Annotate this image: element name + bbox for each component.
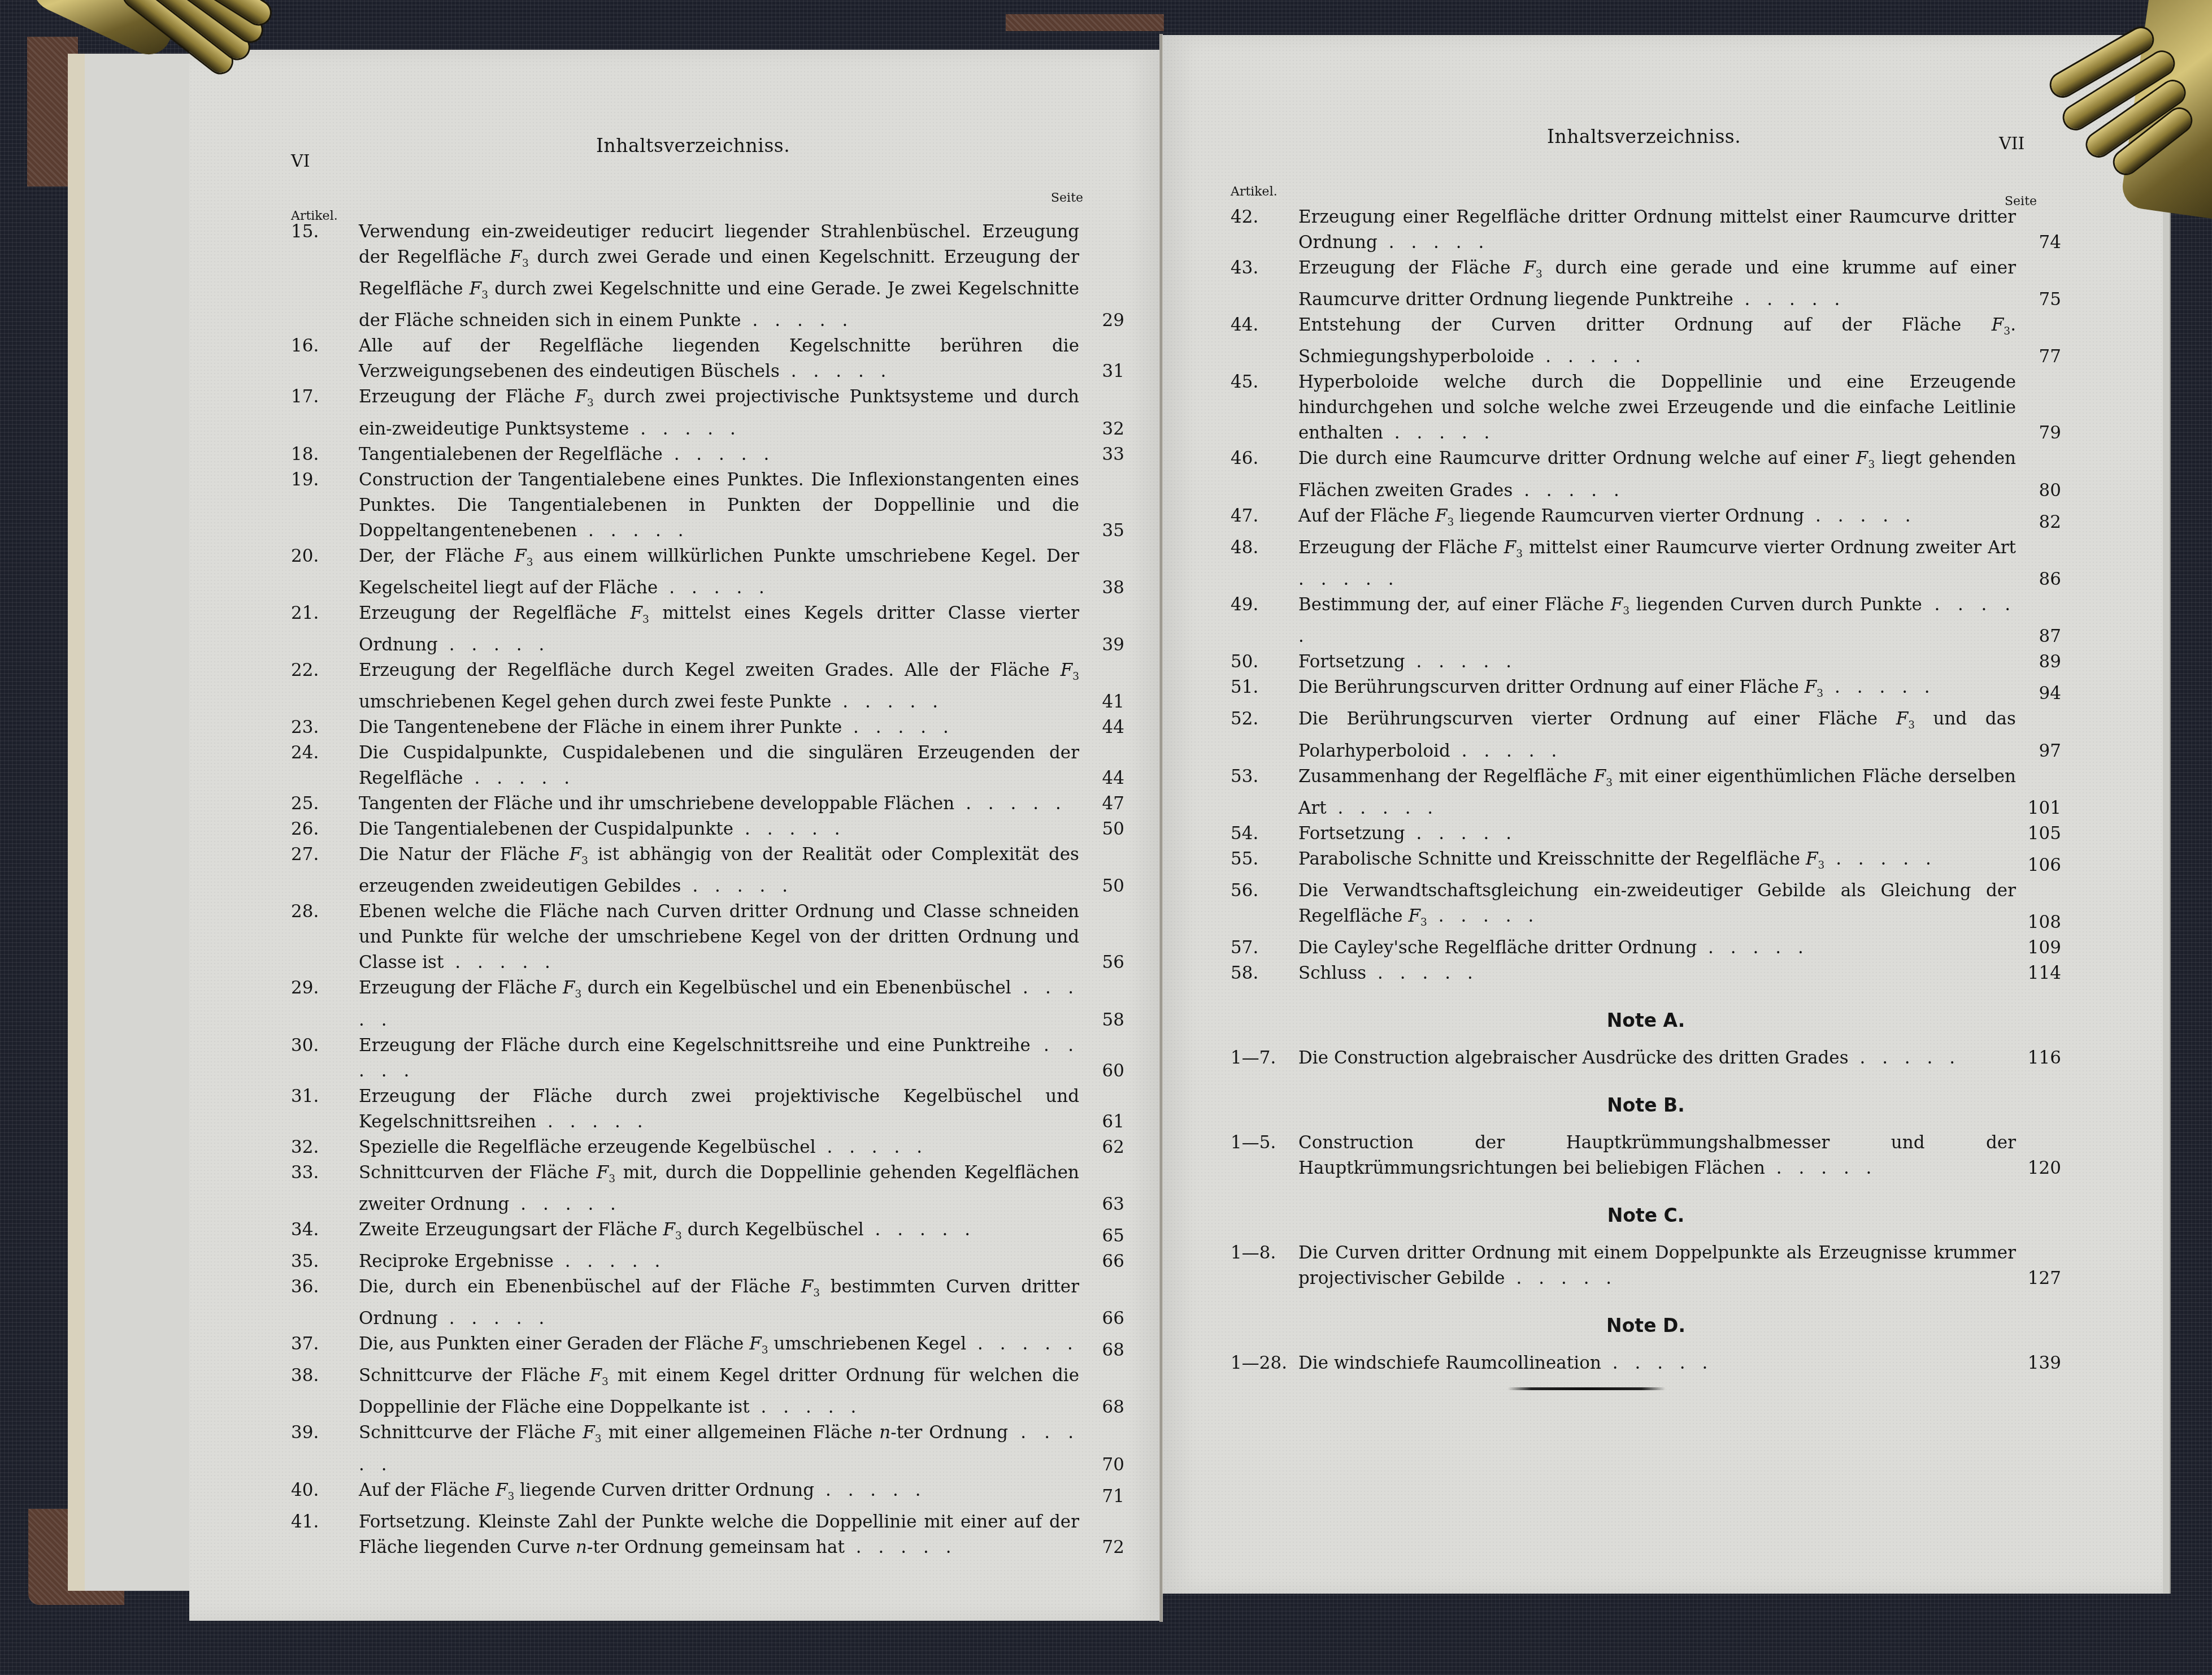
dot-leader: . . . . . (1505, 1268, 1618, 1288)
entry-title: Die windschiefe Raumcollineation . . . .… (1298, 1351, 2016, 1376)
entry-title: Alle auf der Regelfläche liegenden Kegel… (359, 333, 1079, 384)
entry-title: Fortsetzung. Kleinste Zahl der Punkte we… (359, 1509, 1079, 1560)
entry-title: Zweite Erzeugungsart der Fläche F3 durch… (359, 1217, 1079, 1249)
entry-title: Erzeugung der Regelfläche F3 mittelst ei… (359, 601, 1079, 658)
page-reference: 109 (2016, 935, 2061, 961)
article-number: 25. (291, 791, 359, 817)
toc-entry: 39.Schnittcurve der Fläche F3 mit einer … (291, 1420, 1124, 1477)
dot-leader: . . . . . (864, 1220, 976, 1240)
entry-title: Erzeugung der Fläche F3 durch zwei proje… (359, 384, 1079, 441)
article-number: 20. (291, 544, 359, 569)
entry-title: Construction der Tangentialebene eines P… (359, 467, 1079, 544)
entry-title: Entstehung der Curven dritter Ordnung au… (1298, 313, 2016, 370)
entry-title: Die Tangentialebenen der Cuspidalpunkte … (359, 817, 1079, 842)
toc-entry: 16.Alle auf der Regelfläche liegenden Ke… (291, 333, 1124, 384)
entry-title: Die Tangentenebene der Fläche in einem i… (359, 715, 1079, 740)
entry-title: Die, aus Punkten einer Geraden der Fläch… (359, 1331, 1079, 1363)
toc-entry: 28.Ebenen welche die Fläche nach Curven … (291, 899, 1124, 975)
page-reference: 71 (1079, 1484, 1124, 1509)
entry-title: Die Berührungscurven dritter Ordnung auf… (1298, 675, 2016, 706)
page-reference: 65 (1079, 1223, 1124, 1249)
toc-entry: 33.Schnittcurven der Fläche F3 mit, durc… (291, 1160, 1124, 1217)
toc-entry: 22.Erzeugung der Regelfläche durch Kegel… (291, 658, 1124, 715)
toc-entry: 30.Erzeugung der Fläche durch eine Kegel… (291, 1033, 1124, 1084)
dot-leader: . . . . . (1377, 232, 1490, 253)
article-number: 44. (1231, 313, 1298, 338)
article-number: 53. (1231, 764, 1298, 789)
page-reference: 44 (1079, 766, 1124, 791)
entry-title: Die durch eine Raumcurve dritter Ordnung… (1298, 446, 2016, 503)
article-number: 28. (291, 899, 359, 925)
page-reference: 62 (1079, 1135, 1124, 1160)
entry-title: Die Construction algebraischer Ausdrücke… (1298, 1045, 2016, 1071)
entry-title: Auf der Fläche F3 liegende Raumcurven vi… (1298, 504, 2016, 535)
page-reference: 50 (1079, 874, 1124, 899)
article-number: 29. (291, 975, 359, 1001)
toc-entry: 20.Der, der Fläche F3 aus einem willkürl… (291, 544, 1124, 601)
dot-leader: . . . . . (1804, 506, 1917, 526)
toc-entry: 50.Fortsetzung . . . . .89 (1231, 649, 2061, 675)
toc-entry: 15.Verwendung ein-zweideutiger reducirt … (291, 219, 1124, 333)
toc-entry: 35.Reciproke Ergebnisse . . . . .66 (291, 1249, 1124, 1274)
dot-leader: . . . . . (1366, 963, 1479, 983)
dot-leader: . . . . . (733, 819, 846, 839)
toc-entry: 48.Erzeugung der Fläche F3 mittelst eine… (1231, 535, 2061, 592)
article-number: 40. (291, 1478, 359, 1503)
page-reference: 105 (2016, 821, 2061, 847)
entry-title: Die Cuspidalpunkte, Cuspidalebenen und d… (359, 740, 1079, 791)
entry-title: Erzeugung der Fläche F3 durch ein Kegelb… (359, 975, 1079, 1032)
page-reference: 120 (2016, 1156, 2061, 1181)
page-reference: 77 (2016, 344, 2061, 370)
page-reference: 116 (2016, 1045, 2061, 1071)
page-reference: 106 (2016, 853, 2061, 878)
dot-leader: . . . . . (741, 310, 854, 331)
page-reference: 97 (2016, 739, 2061, 764)
dot-leader: . . . . . (1405, 652, 1518, 672)
entry-title: Bestimmung der, auf einer Fläche F3 lieg… (1298, 592, 2016, 649)
dot-leader: . . . . . (629, 419, 741, 439)
page-reference: 74 (2016, 230, 2061, 255)
page-reference: 29 (1079, 308, 1124, 333)
dot-leader: . . . . . (1601, 1353, 1714, 1373)
page-reference: 127 (2016, 1266, 2061, 1291)
toc-entry: 19.Construction der Tangentialebene eine… (291, 467, 1124, 544)
toc-entry: 54.Fortsetzung . . . . .105 (1231, 821, 2061, 847)
dot-leader: . . . . . (1697, 938, 1809, 958)
toc-entry: 26.Die Tangentialebenen der Cuspidalpunk… (291, 817, 1124, 842)
entry-title: Erzeugung der Fläche F3 durch eine gerad… (1298, 255, 2016, 313)
page-reference: 68 (1079, 1395, 1124, 1420)
page-reference: 66 (1079, 1249, 1124, 1274)
page-reference: 108 (2016, 910, 2061, 935)
toc-entry: 46.Die durch eine Raumcurve dritter Ordn… (1231, 446, 2061, 503)
page-reference: 35 (1079, 518, 1124, 544)
page-reference: 80 (2016, 478, 2061, 504)
entry-title: Erzeugung der Fläche durch zwei projekti… (359, 1084, 1079, 1135)
dot-leader: . . . . . (463, 768, 576, 788)
page-reference: 31 (1079, 359, 1124, 384)
page-reference: 89 (2016, 649, 2061, 675)
leather-spine-top (1006, 14, 1164, 31)
page-reference: 47 (1079, 791, 1124, 817)
article-number: 58. (1231, 961, 1298, 986)
page-number-right: VII (1999, 134, 2024, 154)
page-reference: 33 (1079, 442, 1124, 467)
dot-leader: . . . . . (536, 1112, 649, 1132)
entry-title: Zusammenhang der Regelfläche F3 mit eine… (1298, 764, 2016, 821)
article-number: 43. (1231, 255, 1298, 281)
toc-entry: 38.Schnittcurve der Fläche F3 mit einem … (291, 1363, 1124, 1420)
article-number: 32. (291, 1135, 359, 1160)
article-number: 36. (291, 1274, 359, 1300)
page-number-left: VI (291, 151, 310, 171)
page-reference: 38 (1079, 575, 1124, 601)
article-number: 26. (291, 817, 359, 842)
dot-leader: . . . . . (832, 692, 944, 712)
page-reference: 87 (2016, 624, 2061, 649)
page-reference: 32 (1079, 416, 1124, 442)
article-number: 55. (1231, 847, 1298, 872)
note-heading: Note A. (1231, 1008, 2061, 1033)
entry-title: Die Berührungscurven vierter Ordnung auf… (1298, 706, 2016, 763)
dot-leader: . . . . . (1765, 1158, 1878, 1178)
dot-leader: . . . . . (1427, 906, 1540, 926)
entry-title: Auf der Fläche F3 liegende Curven dritte… (359, 1478, 1079, 1509)
article-number: 34. (291, 1217, 359, 1243)
dot-leader: . . . . . (438, 1308, 550, 1329)
page-reference: 41 (1079, 689, 1124, 715)
dot-leader: . . . . . (1823, 677, 1936, 697)
toc-entry: 21.Erzeugung der Regelfläche F3 mittelst… (291, 601, 1124, 658)
article-number: 31. (291, 1084, 359, 1109)
toc-list-right: 42.Erzeugung einer Regelfläche dritter O… (1231, 205, 2061, 1376)
dot-leader: . . . . . (1733, 289, 1846, 310)
entry-title: Ebenen welche die Fläche nach Curven dri… (359, 899, 1079, 975)
article-number: 39. (291, 1420, 359, 1446)
col-label-seite-left: Seite (1051, 191, 1083, 205)
toc-entry: 40.Auf der Fläche F3 liegende Curven dri… (291, 1478, 1124, 1509)
dot-leader: . . . . . (509, 1194, 622, 1214)
entry-title: Die, durch ein Ebenenbüschel auf der Flä… (359, 1274, 1079, 1331)
toc-entry: 17.Erzeugung der Fläche F3 durch zwei pr… (291, 384, 1124, 441)
dot-leader: . . . . . (359, 1422, 1079, 1474)
toc-entry: 32.Spezielle die Regelfläche erzeugende … (291, 1135, 1124, 1160)
page-reference: 114 (2016, 961, 2061, 986)
page-reference: 56 (1079, 950, 1124, 975)
dot-leader: . . . . . (966, 1334, 1079, 1354)
article-number: 52. (1231, 706, 1298, 732)
page-reference: 66 (1079, 1306, 1124, 1331)
article-number: 33. (291, 1160, 359, 1186)
entry-title: Erzeugung der Fläche F3 mittelst einer R… (1298, 535, 2016, 592)
page-reference: 61 (1079, 1109, 1124, 1135)
entry-title: Die Curven dritter Ordnung mit einem Dop… (1298, 1240, 2016, 1291)
page-reference: 139 (2016, 1351, 2061, 1376)
article-number: 24. (291, 740, 359, 766)
toc-entry: 34.Zweite Erzeugungsart der Fläche F3 du… (291, 1217, 1124, 1249)
toc-entry: 1—28.Die windschiefe Raumcollineation . … (1231, 1351, 2061, 1376)
entry-title: Erzeugung der Fläche durch eine Kegelsch… (359, 1033, 1079, 1084)
dot-leader: . . . . . (359, 978, 1079, 1030)
article-number: 41. (291, 1509, 359, 1535)
dot-leader: . . . . . (1405, 823, 1518, 844)
article-number: 27. (291, 842, 359, 867)
toc-entry: 1—7.Die Construction algebraischer Ausdr… (1231, 1045, 2061, 1071)
article-number: 15. (291, 219, 359, 245)
article-number: 38. (291, 1363, 359, 1388)
page-reference: 58 (1079, 1008, 1124, 1033)
page-reference: 50 (1079, 817, 1124, 842)
dot-leader: . . . . . (780, 361, 892, 381)
entry-title: Hyperboloide welche durch die Doppellini… (1298, 370, 2016, 446)
article-number: 22. (291, 658, 359, 683)
page-right: Inhaltsverzeichniss. VII Artikel. Seite … (1163, 35, 2163, 1594)
page-reference: 75 (2016, 287, 2061, 313)
page-reference: 79 (2016, 420, 2061, 446)
page-reference: 39 (1079, 632, 1124, 658)
article-number: 45. (1231, 370, 1298, 395)
entry-title: Schnittcurven der Fläche F3 mit, durch d… (359, 1160, 1079, 1217)
dot-leader: . . . . . (1534, 346, 1646, 367)
dot-leader: . . . . . (1824, 849, 1937, 869)
article-number: 46. (1231, 446, 1298, 471)
entry-title: Schnittcurve der Fläche F3 mit einem Keg… (359, 1363, 1079, 1420)
dot-leader: . . . . . (438, 635, 550, 655)
page-reference: 72 (1079, 1535, 1124, 1560)
entry-title: Fortsetzung . . . . . (1298, 821, 2016, 847)
dot-leader: . . . . . (1383, 423, 1496, 443)
entry-title: Reciproke Ergebnisse . . . . . (359, 1249, 1079, 1274)
toc-entry: 31.Erzeugung der Fläche durch zwei proje… (291, 1084, 1124, 1135)
dot-leader: . . . . . (1298, 569, 1400, 589)
article-number: 16. (291, 333, 359, 359)
page-reference: 68 (1079, 1338, 1124, 1363)
dot-leader: . . . . . (444, 952, 556, 973)
article-number: 30. (291, 1033, 359, 1058)
toc-entry: 53.Zusammenhang der Regelfläche F3 mit e… (1231, 764, 2061, 821)
toc-entry: 56.Die Verwandtschaftsgleichung ein-zwei… (1231, 878, 2061, 935)
dot-leader: . . . . . (359, 1035, 1079, 1081)
article-number: 57. (1231, 935, 1298, 961)
article-number: 1—8. (1231, 1240, 1298, 1266)
toc-entry: 23.Die Tangentenebene der Fläche in eine… (291, 715, 1124, 740)
article-number: 1—28. (1231, 1351, 1298, 1376)
article-number: 56. (1231, 878, 1298, 904)
toc-entry: 51.Die Berührungscurven dritter Ordnung … (1231, 675, 2061, 706)
article-number: 48. (1231, 535, 1298, 561)
entry-title: Erzeugung einer Regelfläche dritter Ordn… (1298, 205, 2016, 255)
dot-leader: . . . . . (845, 1537, 957, 1557)
toc-entry: 52.Die Berührungscurven vierter Ordnung … (1231, 706, 2061, 763)
article-number: 47. (1231, 504, 1298, 529)
entry-title: Verwendung ein-zweideutiger reducirt lie… (359, 219, 1079, 333)
toc-entry: 27.Die Natur der Fläche F3 ist abhängig … (291, 842, 1124, 899)
entry-title: Fortsetzung . . . . . (1298, 649, 2016, 675)
page-reference: 94 (2016, 681, 2061, 706)
toc-entry: 1—5.Construction der Hauptkrümmungshalbm… (1231, 1130, 2061, 1181)
entry-title: Die Cayley'sche Regelfläche dritter Ordn… (1298, 935, 2016, 961)
page-reference: 70 (1079, 1452, 1124, 1478)
dot-leader: . . . . . (554, 1251, 666, 1272)
article-number: 54. (1231, 821, 1298, 847)
dot-leader: . . . . . (663, 444, 775, 465)
note-heading: Note D. (1231, 1313, 2061, 1338)
toc-entry: 43.Erzeugung der Fläche F3 durch eine ge… (1231, 255, 2061, 313)
toc-entry: 18.Tangentialebenen der Regelfläche . . … (291, 442, 1124, 467)
entry-title: Parabolische Schnitte und Kreisschnitte … (1298, 847, 2016, 878)
toc-list-left: 15.Verwendung ein-zweideutiger reducirt … (291, 219, 1124, 1560)
page-reference: 63 (1079, 1192, 1124, 1217)
entry-title: Die Natur der Fläche F3 ist abhängig von… (359, 842, 1079, 899)
dot-leader: . . . . . (681, 876, 794, 896)
entry-title: Construction der Hauptkrümmungshalbmesse… (1298, 1130, 2016, 1181)
toc-entry: 41.Fortsetzung. Kleinste Zahl der Punkte… (291, 1509, 1124, 1560)
end-ornament-rule (1507, 1387, 1666, 1390)
dot-leader: . . . . . (1450, 741, 1563, 761)
article-number: 49. (1231, 592, 1298, 618)
entry-title: Erzeugung der Regelfläche durch Kegel zw… (359, 658, 1079, 715)
page-reference: 60 (1079, 1058, 1124, 1084)
article-number: 23. (291, 715, 359, 740)
article-number: 37. (291, 1331, 359, 1357)
dot-leader: . . . . . (658, 578, 770, 598)
article-number: 19. (291, 467, 359, 493)
article-number: 35. (291, 1249, 359, 1274)
article-number: 17. (291, 384, 359, 410)
toc-entry: 44.Entstehung der Curven dritter Ordnung… (1231, 313, 2061, 370)
entry-title: Schnittcurve der Fläche F3 mit einer all… (359, 1420, 1079, 1477)
toc-entry: 37.Die, aus Punkten einer Geraden der Fl… (291, 1331, 1124, 1363)
toc-entry: 47.Auf der Fläche F3 liegende Raumcurven… (1231, 504, 2061, 535)
dot-leader: . . . . . (577, 520, 689, 541)
running-head-left: Inhaltsverzeichniss. (596, 134, 790, 157)
toc-entry: 57.Die Cayley'sche Regelfläche dritter O… (1231, 935, 2061, 961)
toc-entry: 29.Erzeugung der Fläche F3 durch ein Keg… (291, 975, 1124, 1032)
toc-entry: 58.Schluss . . . . .114 (1231, 961, 2061, 986)
dot-leader: . . . . . (816, 1137, 928, 1157)
dot-leader: . . . . . (1327, 798, 1439, 818)
article-number: 18. (291, 442, 359, 467)
entry-title: Tangenten der Fläche und ihr umschrieben… (359, 791, 1079, 817)
dot-leader: . . . . . (954, 793, 1067, 814)
page-reference: 86 (2016, 567, 2061, 592)
leaf-edge-left (85, 54, 190, 1591)
dot-leader: . . . . . (814, 1480, 927, 1500)
page-reference: 44 (1079, 715, 1124, 740)
toc-entry: 55.Parabolische Schnitte und Kreisschnit… (1231, 847, 2061, 878)
dot-leader: . . . . . (1298, 595, 2016, 646)
page-reference: 101 (2016, 796, 2061, 821)
page-left: VI Inhaltsverzeichniss. Seite Artikel. 1… (189, 50, 1161, 1621)
article-number: 1—7. (1231, 1045, 1298, 1071)
entry-title: Schluss . . . . . (1298, 961, 2016, 986)
entry-title: Der, der Fläche F3 aus einem willkürlich… (359, 544, 1079, 601)
article-number: 51. (1231, 675, 1298, 700)
article-number: 21. (291, 601, 359, 626)
page-reference: 82 (2016, 510, 2061, 535)
entry-title: Die Verwandtschaftsgleichung ein-zweideu… (1298, 878, 2016, 935)
dot-leader: . . . . . (750, 1397, 862, 1417)
toc-entry: 24.Die Cuspidalpunkte, Cuspidalebenen un… (291, 740, 1124, 791)
toc-entry: 42.Erzeugung einer Regelfläche dritter O… (1231, 205, 2061, 255)
dot-leader: . . . . . (842, 717, 954, 737)
entry-title: Spezielle die Regelfläche erzeugende Keg… (359, 1135, 1079, 1160)
col-label-artikel-right: Artikel. (1231, 185, 1277, 199)
running-head-right: Inhaltsverzeichniss. (1547, 125, 1741, 147)
toc-entry: 36.Die, durch ein Ebenenbüschel auf der … (291, 1274, 1124, 1331)
article-number: 1—5. (1231, 1130, 1298, 1156)
toc-entry: 1—8.Die Curven dritter Ordnung mit einem… (1231, 1240, 2061, 1291)
toc-entry: 25.Tangenten der Fläche und ihr umschrie… (291, 791, 1124, 817)
entry-title: Tangentialebenen der Regelfläche . . . .… (359, 442, 1079, 467)
toc-entry: 45.Hyperboloide welche durch die Doppell… (1231, 370, 2061, 446)
toc-entry: 49.Bestimmung der, auf einer Fläche F3 l… (1231, 592, 2061, 649)
dot-leader: . . . . . (1513, 480, 1625, 501)
note-heading: Note C. (1231, 1203, 2061, 1228)
dot-leader: . . . . . (1849, 1048, 1961, 1068)
article-number: 50. (1231, 649, 1298, 675)
article-number: 42. (1231, 205, 1298, 230)
note-heading: Note B. (1231, 1092, 2061, 1118)
